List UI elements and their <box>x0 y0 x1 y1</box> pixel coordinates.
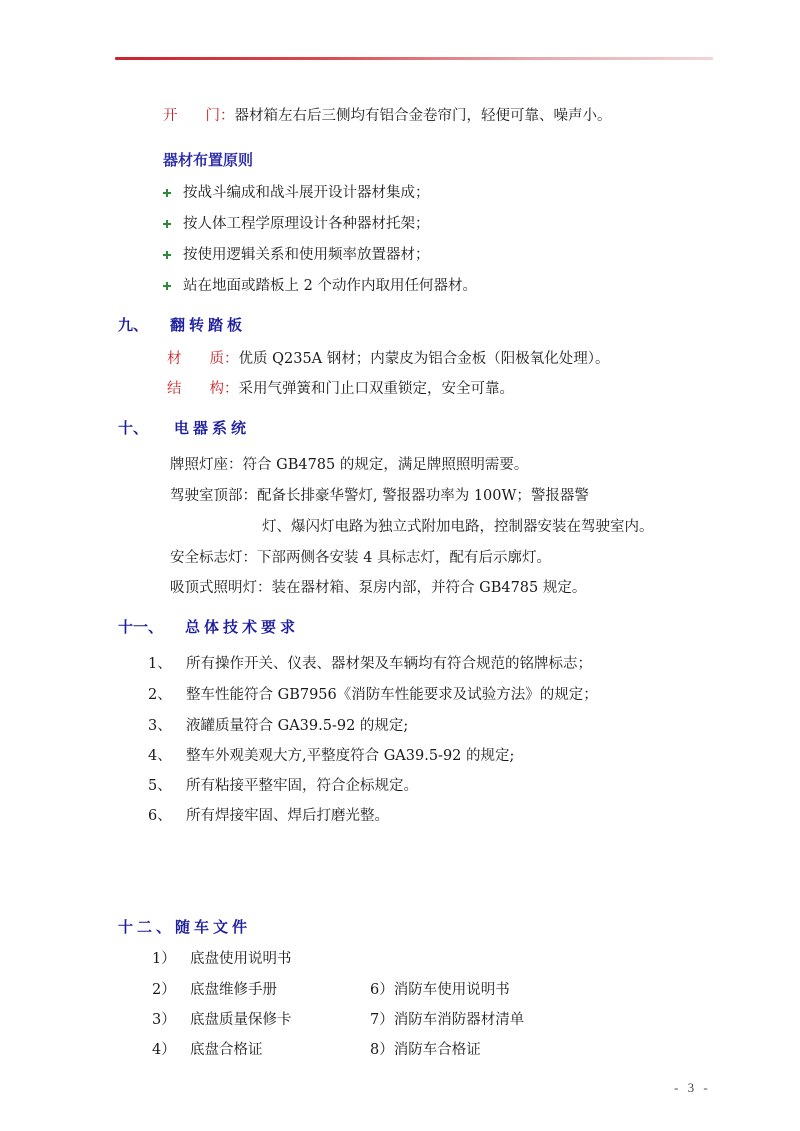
principle-item: 按战斗编成和战斗展开设计器材集成； <box>163 183 430 203</box>
document-item: 1）底盘使用说明书 <box>152 949 292 969</box>
document-item: 7）消防车消防器材清单 <box>370 1010 524 1030</box>
bullet-icon <box>163 251 171 259</box>
section-9-number: 九、 <box>118 316 148 334</box>
page-number: - 3 - <box>674 1080 711 1096</box>
section-9-heading: 九、翻转踏板 <box>118 315 246 335</box>
document-item: 3）底盘质量保修卡 <box>152 1010 292 1030</box>
principle-item: 按人体工程学原理设计各种器材托架； <box>163 214 430 234</box>
requirement-item: 6、所有焊接牢固、焊后打磨光整。 <box>148 806 389 826</box>
document-item: 8）消防车合格证 <box>370 1040 481 1060</box>
section-9-material-row: 材质：优质 Q235A 钢材；内蒙皮为铝合金板（阳极氧化处理）。 <box>167 349 610 369</box>
section-11-title: 总体技术要求 <box>185 618 299 636</box>
door-label-b: 门： <box>206 108 235 124</box>
bullet-icon <box>163 189 171 197</box>
section-10-heading: 十、电器系统 <box>118 418 250 438</box>
section-12-heading: 十二、随车文件 <box>118 917 251 937</box>
electrical-line: 安全标志灯：下部两侧各安装 4 具标志灯，配有后示廓灯。 <box>170 548 551 568</box>
requirement-item: 3、液罐质量符合 GA39.5-92 的规定; <box>148 716 408 736</box>
requirement-item: 2、整车性能符合 GB7956《消防车性能要求及试验方法》的规定； <box>148 685 598 705</box>
equipment-principles-title: 器材布置原则 <box>163 150 253 170</box>
requirement-item: 1、所有操作开关、仪表、器材架及车辆均有符合规范的铭牌标志； <box>148 654 592 674</box>
bullet-icon <box>163 220 171 228</box>
principle-item: 按使用逻辑关系和使用频率放置器材； <box>163 245 430 265</box>
document-item: 4）底盘合格证 <box>152 1040 263 1060</box>
section-10-title: 电器系统 <box>174 419 250 437</box>
door-text: 器材箱左右后三侧均有铝合金卷帘门，轻便可靠、噪声小。 <box>235 108 612 124</box>
electrical-line: 驾驶室顶部：配备长排豪华警灯, 警报器功率为 100W；警报器警 <box>170 486 589 506</box>
section-10-number: 十、 <box>118 419 148 437</box>
header-rule <box>115 57 713 60</box>
section-11-number: 十一、 <box>118 618 163 636</box>
door-label-a: 开 <box>163 108 178 124</box>
document-item: 6）消防车使用说明书 <box>370 980 510 1000</box>
section-9-structure-row: 结构：采用气弹簧和门止口双重锁定，安全可靠。 <box>167 379 514 399</box>
document-item: 2）底盘维修手册 <box>152 980 277 1000</box>
requirement-item: 5、所有粘接平整牢固，符合企标规定。 <box>148 776 418 796</box>
door-spec-line: 开门：器材箱左右后三侧均有铝合金卷帘门，轻便可靠、噪声小。 <box>163 106 612 126</box>
electrical-line: 牌照灯座：符合 GB4785 的规定，满足牌照照明需要。 <box>170 455 528 475</box>
electrical-line-continued: 灯、爆闪灯电路为独立式附加电路，控制器安装在驾驶室内。 <box>262 517 654 537</box>
section-11-heading: 十一、总体技术要求 <box>118 617 299 637</box>
principle-item: 站在地面或踏板上 2 个动作内取用任何器材。 <box>163 276 477 296</box>
section-9-title: 翻转踏板 <box>170 316 246 334</box>
requirement-item: 4、整车外观美观大方,平整度符合 GA39.5-92 的规定; <box>148 746 514 766</box>
electrical-line: 吸顶式照明灯：装在器材箱、泵房内部，并符合 GB4785 规定。 <box>170 578 586 598</box>
bullet-icon <box>163 282 171 290</box>
